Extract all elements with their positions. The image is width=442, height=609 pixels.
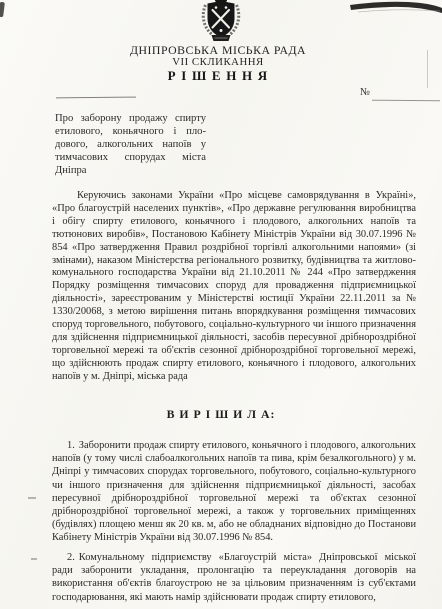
preamble-paragraph: Керуючись законами України «Про місцеве … <box>52 190 416 384</box>
item-text: Комунальному підприємству «Благоустрій м… <box>52 552 416 603</box>
item-number: 1. <box>67 440 75 451</box>
scan-artifact-top-left <box>0 2 5 17</box>
subject-line: тимчасових спорудах міста <box>55 151 206 164</box>
convocation-line: VII СКЛИКАННЯ <box>0 56 436 68</box>
item-text: Заборонити продаж спирту етилового, конь… <box>52 440 416 543</box>
subject-line: Про заборону продажу спирту <box>55 112 206 125</box>
number-blank-line <box>372 100 440 102</box>
resolution-item-2: 2.Комунальному підприємству «Благоустрій… <box>52 551 416 604</box>
resolution-item-1: 1.Заборонити продаж спирту етилового, ко… <box>52 439 416 545</box>
subject-line: Дніпра <box>55 164 206 177</box>
scan-speck <box>28 497 36 499</box>
scanned-decision-document: ДНІПРОВСЬКА МІСЬКА РАДА VII СКЛИКАННЯ Р … <box>0 0 442 609</box>
scan-speck <box>31 558 37 560</box>
item-number: 2. <box>67 552 75 563</box>
document-type-title: Р І Ш Е Н Н Я <box>0 68 436 84</box>
subject-line: дового, алкогольних напоїв у <box>55 138 206 151</box>
number-label: № <box>360 87 370 98</box>
city-coat-of-arms-icon <box>198 0 245 42</box>
subject-block: Про заборону продажу спирту етилового, к… <box>55 112 206 177</box>
date-blank-line <box>56 97 136 99</box>
subject-line: етилового, коньячного і пло- <box>55 125 206 138</box>
scan-artifact-top-right <box>350 0 442 16</box>
resolution-heading: В И Р І Ш И Л А: <box>0 407 442 422</box>
